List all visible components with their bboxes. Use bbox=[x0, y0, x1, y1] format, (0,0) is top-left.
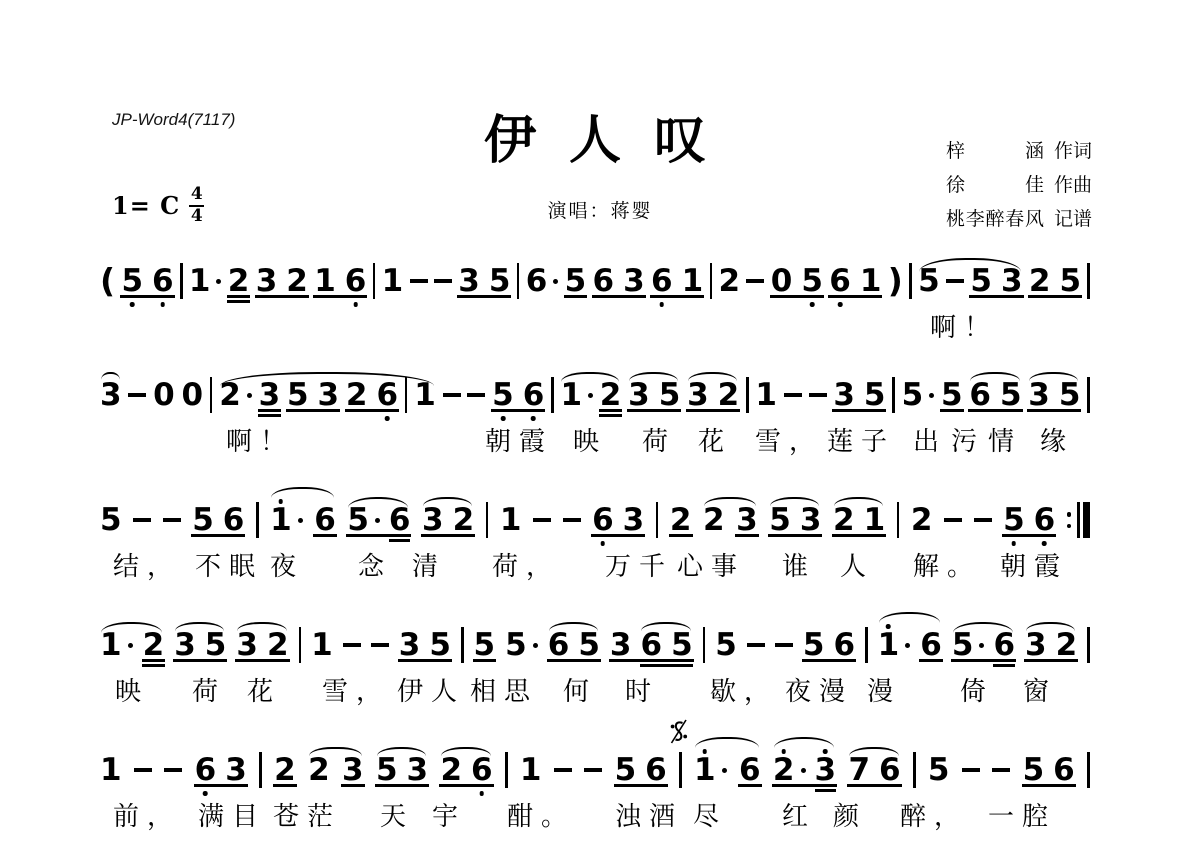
beamed-note: 6 bbox=[592, 508, 614, 532]
beamed-note: 2 bbox=[453, 508, 475, 532]
note-digit: 3 bbox=[833, 383, 855, 407]
octave-dot-low bbox=[1042, 541, 1047, 546]
barline bbox=[256, 502, 259, 538]
duration-dash bbox=[563, 518, 581, 523]
slur bbox=[101, 622, 162, 633]
octave-dot-high bbox=[703, 749, 708, 754]
note-digit: 7 bbox=[848, 758, 870, 782]
underline-second bbox=[815, 789, 837, 792]
beamed-note: 6 bbox=[548, 633, 570, 657]
beam-underline bbox=[345, 409, 399, 412]
lyric: 一腔 bbox=[988, 796, 1056, 833]
note-digit: 2 bbox=[346, 383, 368, 407]
underline bbox=[341, 784, 365, 787]
beamed-note: 6 bbox=[645, 758, 667, 782]
note: 2 bbox=[228, 269, 250, 293]
beamed-note: 3 bbox=[1025, 633, 1047, 657]
beam-group: 65 bbox=[548, 633, 600, 657]
beam-underline bbox=[772, 784, 837, 787]
sheet-music-page: JP-Word4(7117) 伊 人 叹 1= C 4 4 演唱：蒋婴 梓涵 作… bbox=[0, 0, 1200, 850]
note-digit: 6 bbox=[833, 633, 855, 657]
beam-underline bbox=[421, 534, 475, 537]
octave-dot-high bbox=[279, 499, 284, 504]
slur bbox=[175, 622, 224, 631]
lyric: 倚 bbox=[960, 671, 994, 708]
lyric: 窗 bbox=[1023, 671, 1057, 708]
duration-dash bbox=[962, 768, 980, 773]
beam-group: 63 bbox=[592, 508, 644, 532]
beamed-note: 1 bbox=[314, 269, 336, 293]
beamed-note: 5 bbox=[1000, 383, 1022, 407]
credit-role: 作词 bbox=[1054, 136, 1092, 163]
note-digit: 3 bbox=[100, 383, 122, 407]
beamed-note: 5 bbox=[121, 269, 143, 293]
note-digit: 6 bbox=[314, 508, 336, 532]
note-digit: 6 bbox=[223, 508, 245, 532]
barline bbox=[1087, 752, 1090, 788]
note-digit: 6 bbox=[195, 758, 217, 782]
beam-group: 35 bbox=[174, 633, 226, 657]
note: 1 bbox=[520, 758, 542, 782]
note-digit: 2 bbox=[1029, 269, 1051, 293]
credit-role: 记谱 bbox=[1054, 204, 1092, 231]
beam-group: 56 bbox=[952, 633, 1015, 657]
beamed-note: 5 bbox=[952, 633, 985, 657]
beam-group: 26 bbox=[346, 383, 398, 407]
beamed-note: 6 bbox=[389, 508, 411, 532]
credit-name: 徐佳 bbox=[946, 170, 1044, 197]
beamed-note: 3 bbox=[407, 758, 429, 782]
beam-underline bbox=[969, 295, 1023, 298]
lyric: 朝霞 bbox=[485, 421, 553, 458]
note-digit: 0 bbox=[153, 383, 175, 407]
octave-dot-low bbox=[601, 541, 606, 546]
lyric: 荷 bbox=[192, 671, 226, 708]
beam-group: 56 bbox=[1003, 508, 1055, 532]
barline bbox=[1087, 263, 1090, 299]
duration-dash bbox=[974, 518, 992, 523]
slur bbox=[879, 612, 940, 623]
note-digit: 5 bbox=[615, 758, 637, 782]
duration-dash bbox=[992, 768, 1010, 773]
lyric: 酣。 bbox=[507, 796, 575, 833]
note: 1 bbox=[694, 758, 727, 782]
note-digit: 5 bbox=[1023, 758, 1045, 782]
slur bbox=[441, 747, 490, 756]
thick-barline bbox=[1083, 502, 1090, 538]
octave-dot-high bbox=[781, 749, 786, 754]
beam-group: 35 bbox=[458, 269, 510, 293]
note-digit: 3 bbox=[1001, 269, 1023, 293]
beamed-note: 5 bbox=[1023, 758, 1045, 782]
note: 5 bbox=[918, 269, 940, 293]
slur bbox=[220, 372, 434, 386]
sixteenth-run: 3 bbox=[815, 758, 837, 782]
note-digit: 6 bbox=[645, 758, 667, 782]
note-digit: 3 bbox=[259, 383, 281, 407]
underline-second bbox=[599, 414, 623, 417]
beamed-note: 5 bbox=[347, 508, 380, 532]
duration-dash bbox=[133, 518, 151, 523]
note: 5 bbox=[902, 383, 935, 407]
barline bbox=[897, 502, 900, 538]
lyric: 相思 bbox=[470, 671, 538, 708]
beamed-note: 5 bbox=[659, 383, 681, 407]
slur bbox=[423, 497, 472, 506]
slur bbox=[237, 622, 286, 631]
beamed-note: 3 bbox=[623, 508, 645, 532]
beam-underline bbox=[398, 659, 452, 662]
beam-group: 16 bbox=[314, 269, 366, 293]
beamed-note: 1 bbox=[860, 269, 882, 293]
beamed-note: 2 bbox=[267, 633, 289, 657]
beam-group: 21 bbox=[833, 508, 885, 532]
note-digit: 2 bbox=[718, 383, 740, 407]
note: 5 bbox=[505, 633, 538, 657]
beam-group: 53 bbox=[769, 508, 821, 532]
beamed-note: 3 bbox=[174, 633, 196, 657]
beam-underline bbox=[313, 295, 367, 298]
barline bbox=[299, 627, 302, 663]
octave-dot-low bbox=[385, 416, 390, 421]
duration-dash bbox=[443, 393, 461, 398]
beamed-note: 3 bbox=[623, 269, 645, 293]
beamed-note: 5 bbox=[489, 269, 511, 293]
barline bbox=[180, 263, 183, 299]
credit-role: 作曲 bbox=[1054, 170, 1092, 197]
note-digit: 5 bbox=[918, 269, 940, 293]
beam-group: 53 bbox=[287, 383, 339, 407]
lyric: 满目 bbox=[198, 796, 266, 833]
note: 1 bbox=[560, 383, 593, 407]
beam-underline bbox=[491, 409, 545, 412]
note-digit: 2 bbox=[440, 758, 462, 782]
note: 2 bbox=[718, 269, 740, 293]
note: 3 bbox=[100, 383, 122, 407]
note-digit: 6 bbox=[526, 269, 548, 293]
beamed-note: 3 bbox=[256, 269, 278, 293]
note-digit: 5 bbox=[489, 269, 511, 293]
note-digit: 5 bbox=[1059, 269, 1081, 293]
note-digit: 2 bbox=[274, 758, 296, 782]
beam-group: 05 bbox=[771, 269, 823, 293]
note: 1 bbox=[500, 508, 522, 532]
note-digit: 6 bbox=[640, 633, 662, 657]
beamed-note: 5 bbox=[970, 269, 992, 293]
note-digit: 2 bbox=[773, 758, 795, 782]
lyric: 结， bbox=[113, 546, 181, 583]
notes-row: (5612321613565636120561)55325 bbox=[100, 257, 1090, 305]
beam-underline bbox=[627, 409, 681, 412]
note-digit: 5 bbox=[1000, 383, 1022, 407]
beamed-note: 6 bbox=[640, 633, 662, 657]
lyric: 念 bbox=[358, 546, 392, 583]
beamed-note: 2 bbox=[773, 758, 806, 782]
note-digit: 2 bbox=[143, 633, 165, 657]
barline bbox=[461, 627, 464, 663]
note: 2 bbox=[670, 508, 692, 532]
underline bbox=[735, 534, 759, 537]
note: 2 bbox=[219, 383, 252, 407]
duration-dash bbox=[343, 643, 361, 648]
note: 1 bbox=[100, 633, 133, 657]
beamed-note: 3 bbox=[236, 633, 258, 657]
slur bbox=[770, 497, 819, 506]
lyric: 污 bbox=[951, 421, 985, 458]
segno-icon bbox=[669, 718, 689, 745]
lyric: 红 bbox=[782, 796, 816, 833]
duration-dash bbox=[467, 393, 485, 398]
note: 5 bbox=[474, 633, 496, 657]
slur bbox=[704, 497, 756, 506]
beamed-note: 3 bbox=[399, 633, 421, 657]
note-digit: 1 bbox=[270, 508, 292, 532]
beamed-note: 6 bbox=[879, 758, 901, 782]
augmentation-dot bbox=[533, 643, 538, 648]
note-digit: 1 bbox=[314, 269, 336, 293]
beamed-note: 3 bbox=[815, 758, 837, 782]
beam-group: 35 bbox=[833, 383, 885, 407]
beam-underline bbox=[591, 534, 645, 537]
beam-group: 65 bbox=[969, 383, 1021, 407]
note-digit: 1 bbox=[878, 633, 900, 657]
beam-underline bbox=[286, 409, 340, 412]
note-digit: 5 bbox=[941, 383, 963, 407]
note: 1 bbox=[414, 383, 436, 407]
beam-underline bbox=[828, 295, 882, 298]
underline bbox=[258, 409, 282, 412]
note-digit: 1 bbox=[864, 508, 886, 532]
note-digit: 1 bbox=[100, 633, 122, 657]
beamed-note: 5 bbox=[615, 758, 637, 782]
augmentation-dot bbox=[216, 279, 221, 284]
octave-dot-low bbox=[161, 302, 166, 307]
note-digit: 5 bbox=[429, 633, 451, 657]
note: 1 bbox=[755, 383, 777, 407]
barline bbox=[703, 627, 706, 663]
duration-dash bbox=[533, 518, 551, 523]
credits: 梓涵 作词 徐佳 作曲 桃李醉春风 记谱 bbox=[946, 136, 1092, 238]
lyric: 夜漫 bbox=[785, 671, 853, 708]
lyric: 情 bbox=[988, 421, 1022, 458]
beam-underline bbox=[609, 659, 694, 662]
lyric: 雪， bbox=[322, 671, 390, 708]
lyric: 花 bbox=[247, 671, 281, 708]
beamed-note: 6 bbox=[345, 269, 367, 293]
beamed-note: 5 bbox=[192, 508, 214, 532]
beamed-note: 5 bbox=[671, 633, 693, 657]
augmentation-dot bbox=[128, 643, 133, 648]
barline bbox=[259, 752, 262, 788]
underline-second bbox=[640, 664, 692, 667]
note: 1 bbox=[311, 633, 333, 657]
augmentation-dot bbox=[247, 393, 252, 398]
note-digit: 5 bbox=[578, 633, 600, 657]
note-digit: 5 bbox=[864, 383, 886, 407]
credit-lyricist: 梓涵 作词 bbox=[946, 136, 1092, 163]
note-digit: 5 bbox=[474, 633, 496, 657]
beamed-note: 3 bbox=[318, 383, 340, 407]
lyric: 缘 bbox=[1040, 421, 1074, 458]
lyric: 何 bbox=[563, 671, 597, 708]
beam-underline bbox=[255, 295, 309, 298]
beamed-note: 5 bbox=[1059, 269, 1081, 293]
beamed-note: 3 bbox=[1028, 383, 1050, 407]
note-digit: 3 bbox=[399, 633, 421, 657]
note-digit: 5 bbox=[287, 383, 309, 407]
beam-underline bbox=[832, 534, 886, 537]
octave-dot-low bbox=[531, 416, 536, 421]
note: 5 bbox=[715, 633, 737, 657]
augmentation-dot bbox=[979, 643, 984, 648]
beamed-note: 1 bbox=[864, 508, 886, 532]
sixteenth-run: 65 bbox=[640, 633, 692, 657]
underline bbox=[738, 784, 762, 787]
note: 2 bbox=[308, 758, 330, 782]
beamed-note: 3 bbox=[225, 758, 247, 782]
note-digit: 2 bbox=[308, 758, 330, 782]
credit-transcriber: 桃李醉春风 记谱 bbox=[946, 204, 1092, 231]
slur bbox=[849, 747, 898, 756]
note-digit: 3 bbox=[736, 508, 758, 532]
octave-dot-low bbox=[1012, 541, 1017, 546]
augmentation-dot bbox=[929, 393, 934, 398]
note-digit: 2 bbox=[219, 383, 241, 407]
note-digit: 5 bbox=[565, 269, 587, 293]
note-digit: 3 bbox=[800, 508, 822, 532]
lyric: 清 bbox=[412, 546, 446, 583]
lyric: 花 bbox=[698, 421, 732, 458]
lyric: 前， bbox=[113, 796, 181, 833]
underline-second bbox=[389, 539, 411, 542]
duration-dash bbox=[809, 393, 827, 398]
note-digit: 2 bbox=[718, 269, 740, 293]
note-digit: 1 bbox=[382, 269, 404, 293]
beam-underline bbox=[770, 295, 824, 298]
beamed-note: 3 bbox=[800, 508, 822, 532]
barline bbox=[746, 377, 749, 413]
note-digit: 6 bbox=[152, 269, 174, 293]
underline-second bbox=[227, 300, 251, 303]
slur bbox=[101, 372, 120, 380]
beam-underline bbox=[1027, 409, 1081, 412]
slur bbox=[549, 622, 598, 631]
barline bbox=[909, 263, 912, 299]
note-digit: 6 bbox=[739, 758, 761, 782]
note-digit: 6 bbox=[920, 633, 942, 657]
beamed-note: 7 bbox=[848, 758, 870, 782]
beam-group: 56 bbox=[492, 383, 544, 407]
note-digit: 5 bbox=[769, 508, 791, 532]
augmentation-dot bbox=[905, 643, 910, 648]
slur bbox=[641, 622, 690, 631]
octave-dot-high bbox=[886, 624, 891, 629]
repeat-dots bbox=[1067, 512, 1072, 528]
lyric: 心事 bbox=[677, 546, 745, 583]
note-digit: 5 bbox=[1059, 383, 1081, 407]
note-digit: 1 bbox=[682, 269, 704, 293]
octave-dot-low bbox=[203, 791, 208, 796]
note-digit: 3 bbox=[610, 633, 632, 657]
beam-group: 56 bbox=[1023, 758, 1075, 782]
underline bbox=[142, 659, 166, 662]
note-digit: 2 bbox=[911, 508, 933, 532]
beam-underline bbox=[1024, 659, 1078, 662]
beamed-note: 3 bbox=[458, 269, 480, 293]
beamed-note: 6 bbox=[471, 758, 493, 782]
duration-dash bbox=[784, 393, 802, 398]
beamed-note: 3 bbox=[610, 633, 632, 657]
slur bbox=[348, 497, 408, 508]
note: 2 bbox=[600, 383, 622, 407]
beamed-note: 2 bbox=[1029, 269, 1051, 293]
underline-second bbox=[142, 664, 166, 667]
note-digit: 2 bbox=[228, 269, 250, 293]
augmentation-dot bbox=[298, 518, 303, 523]
duration-dash bbox=[134, 768, 152, 773]
note-digit: 6 bbox=[593, 269, 615, 293]
beam-group: 32 bbox=[236, 633, 288, 657]
note-digit: 2 bbox=[600, 383, 622, 407]
note: 5 bbox=[565, 269, 587, 293]
beam-group: 56 bbox=[803, 633, 855, 657]
barline bbox=[865, 627, 868, 663]
beam-group: 35 bbox=[399, 633, 451, 657]
note: 6 bbox=[920, 633, 942, 657]
lyric: 时 bbox=[625, 671, 659, 708]
note-digit: 3 bbox=[623, 508, 645, 532]
note-digit: 5 bbox=[347, 508, 369, 532]
lyric: 不眠 bbox=[195, 546, 263, 583]
note-digit: 5 bbox=[205, 633, 227, 657]
credit-name: 梓涵 bbox=[946, 136, 1044, 163]
beamed-note: 2 bbox=[1056, 633, 1078, 657]
beam-underline bbox=[847, 784, 901, 787]
note: 0 bbox=[182, 383, 204, 407]
note-digit: 5 bbox=[952, 633, 974, 657]
lyric: 天 bbox=[380, 796, 414, 833]
duration-dash bbox=[944, 518, 962, 523]
underline bbox=[273, 784, 297, 787]
augmentation-dot bbox=[801, 768, 806, 773]
duration-dash bbox=[747, 643, 765, 648]
note-digit: 5 bbox=[505, 633, 527, 657]
beamed-note: 5 bbox=[803, 633, 825, 657]
slur bbox=[953, 622, 1013, 633]
beamed-note: 3 bbox=[833, 383, 855, 407]
beamed-note: 6 bbox=[833, 633, 855, 657]
beam-group: 25 bbox=[1029, 269, 1081, 293]
beamed-note: 3 bbox=[687, 383, 709, 407]
lyric: 映 bbox=[573, 421, 607, 458]
beamed-note: 2 bbox=[286, 269, 308, 293]
duration-dash bbox=[584, 768, 602, 773]
beam-group: 23 bbox=[773, 758, 836, 782]
note: 5 bbox=[100, 508, 122, 532]
beam-underline bbox=[1022, 784, 1076, 787]
sixteenth-run: 6 bbox=[993, 633, 1015, 657]
underline bbox=[669, 534, 693, 537]
note-digit: 6 bbox=[389, 508, 411, 532]
beam-group: 32 bbox=[256, 269, 308, 293]
beam-group: 61 bbox=[829, 269, 881, 293]
beam-group: 56 bbox=[615, 758, 667, 782]
beam-group: 32 bbox=[687, 383, 739, 407]
note-digit: 3 bbox=[225, 758, 247, 782]
beam-group: 76 bbox=[848, 758, 900, 782]
beam-group: 56 bbox=[121, 269, 173, 293]
note-digit: 2 bbox=[286, 269, 308, 293]
